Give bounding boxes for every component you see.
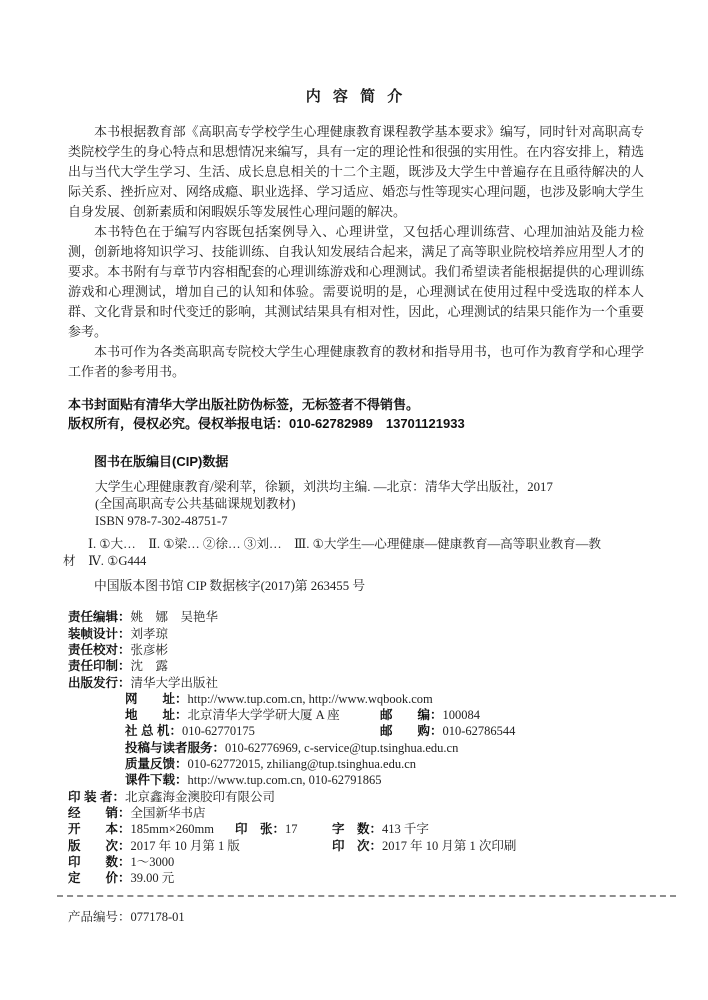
format-label: 开 本： [68,822,131,836]
sheets-label: 印 张： [235,822,285,836]
switchboard-label: 社 总 机： [125,724,182,738]
distributor-label: 经 销： [68,806,131,820]
publisher-row: 出版发行：清华大学出版社 [68,675,644,691]
web-label: 网 址： [125,692,188,706]
product-number-value: 077178-01 [131,910,185,924]
reader-service-row: 投稿与读者服务：010-62776969, c-service@tup.tsin… [68,740,644,756]
printer-row: 印 装 者：北京鑫海金澳胶印有限公司 [68,789,644,805]
quality-feedback-label: 质量反馈： [125,757,188,771]
word-count-label: 字 数： [332,822,382,836]
price-label: 定 价： [68,871,131,885]
printer-label: 印 装 者： [68,790,125,804]
reader-service-label: 投稿与读者服务： [125,741,225,755]
staff-row-proofreader: 责任校对：张彦彬 [68,642,644,658]
staff-label: 装帧设计： [68,627,131,641]
quality-feedback-row: 质量反馈：010-62772015, zhiliang@tup.tsinghua… [68,756,644,772]
publication-info-section: 责任编辑：姚 娜 吴艳华 装帧设计：刘孝琼 责任校对：张彦彬 责任印制：沈 露 … [68,609,644,886]
publisher-name: 清华大学出版社 [131,676,219,690]
page-content: 内 容 简 介 本书根据教育部《高职高专学校学生心理健康教育课程教学基本要求》编… [68,0,644,926]
specs-price-row: 定 价：39.00 元 [68,870,644,886]
distributor-row: 经 销：全国新华书店 [68,805,644,821]
product-number-row: 产品编号：077178-01 [68,909,644,926]
price-value: 39.00 元 [131,871,175,885]
print-run-value: 1～3000 [131,855,175,869]
cip-series: (全国高职高专公共基础课规划教材) [95,496,644,513]
staff-label: 责任校对： [68,643,131,657]
specs-format-row: 开 本：185mm×260mm印 张：17字 数：413 千字 [68,821,644,837]
postcode-pair: 邮 编：100084 [380,707,480,723]
publisher-label: 出版发行： [68,676,131,690]
cip-record: 大学生心理健康教育/梁利苹，徐颖，刘洪均主编. —北京：清华大学出版社，2017 [95,479,644,496]
staff-label: 责任编辑： [68,610,131,624]
book-copyright-page: 内 容 简 介 本书根据教育部《高职高专学校学生心理健康教育课程教学基本要求》编… [0,0,708,1000]
specs-print-run-row: 印 数：1～3000 [68,854,644,870]
impression-value: 2017 年 10 月第 1 次印刷 [382,839,516,853]
summary-paragraph-2: 本书特色在于编写内容既包括案例导入、心理讲堂，又包括心理训练营、心理加油站及能力… [68,222,644,342]
postcode-value: 100084 [443,708,481,722]
switchboard-value: 010-62770175 [182,724,255,738]
copyright-notice: 版权所有，侵权必究。侵权举报电话：010-62782989 1370112193… [68,414,644,433]
sheets-value: 17 [285,822,298,836]
staff-row-print-supervisor: 责任印制：沈 露 [68,658,644,674]
summary-section: 本书根据教育部《高职高专学校学生心理健康教育课程教学基本要求》编写，同时针对高职… [68,122,644,382]
cip-isbn: ISBN 978-7-302-48751-7 [95,513,644,530]
print-run-label: 印 数： [68,855,131,869]
courseware-value: http://www.tup.com.cn, 010-62791865 [188,773,382,787]
cip-section: 图书在版编目(CIP)数据 大学生心理健康教育/梁利苹，徐颖，刘洪均主编. —北… [68,453,644,595]
address-label: 地 址： [125,708,188,722]
publisher-switchboard-row: 社 总 机：010-62770175邮 购：010-62786544 [68,723,644,739]
notice-section: 本书封面贴有清华大学出版社防伪标签，无标签者不得销售。 版权所有，侵权必究。侵权… [68,395,644,433]
staff-value: 沈 露 [131,659,169,673]
impression-pair: 印 次：2017 年 10 月第 1 次印刷 [332,838,516,854]
mail-order-label: 邮 购： [380,724,443,738]
format-value: 185mm×260mm [131,822,214,836]
cip-record-block: 大学生心理健康教育/梁利苹，徐颖，刘洪均主编. —北京：清华大学出版社，2017… [95,479,644,529]
publisher-address-row: 地 址：北京清华大学学研大厦 A 座邮 编：100084 [68,707,644,723]
web-urls: http://www.tup.com.cn, http://www.wqbook… [188,692,433,706]
distributor-value: 全国新华书店 [131,806,206,820]
cip-registry-number: 中国版本图书馆 CIP 数据核字(2017)第 263455 号 [94,578,644,595]
cip-classification-line-1: Ⅰ. ①大… Ⅱ. ①梁… ②徐… ③刘… Ⅲ. ①大学生—心理健康—健康教育—… [63,536,644,553]
staff-value: 张彦彬 [131,643,169,657]
edition-value: 2017 年 10 月第 1 版 [131,839,240,853]
word-count-pair: 字 数：413 千字 [332,821,429,837]
courseware-label: 课件下载： [125,773,188,787]
staff-row-editor: 责任编辑：姚 娜 吴艳华 [68,609,644,625]
staff-label: 责任印制： [68,659,131,673]
staff-value: 姚 娜 吴艳华 [131,610,219,624]
impression-label: 印 次： [332,839,382,853]
quality-feedback-value: 010-62772015, zhiliang@tup.tsinghua.edu.… [188,757,417,771]
staff-row-designer: 装帧设计：刘孝琼 [68,626,644,642]
product-number-label: 产品编号： [68,910,131,924]
publisher-web-row: 网 址：http://www.tup.com.cn, http://www.wq… [68,691,644,707]
printer-value: 北京鑫海金澳胶印有限公司 [125,790,275,804]
specs-edition-row: 版 次：2017 年 10 月第 1 版印 次：2017 年 10 月第 1 次… [68,838,644,854]
postcode-label: 邮 编： [380,708,443,722]
sheets-pair: 印 张：17 [235,821,298,837]
cip-heading: 图书在版编目(CIP)数据 [94,453,644,470]
mail-order-value: 010-62786544 [443,724,516,738]
page-title: 内 容 简 介 [68,85,644,106]
word-count-value: 413 千字 [382,822,429,836]
cip-classification: Ⅰ. ①大… Ⅱ. ①梁… ②徐… ③刘… Ⅲ. ①大学生—心理健康—健康教育—… [63,536,644,570]
anti-counterfeit-notice: 本书封面贴有清华大学出版社防伪标签，无标签者不得销售。 [68,395,644,414]
edition-label: 版 次： [68,839,131,853]
dashed-divider [57,895,676,897]
courseware-download-row: 课件下载：http://www.tup.com.cn, 010-62791865 [68,772,644,788]
cip-classification-line-2: 材 Ⅳ. ①G444 [63,553,644,570]
address-value: 北京清华大学学研大厦 A 座 [188,708,340,722]
summary-paragraph-1: 本书根据教育部《高职高专学校学生心理健康教育课程教学基本要求》编写，同时针对高职… [68,122,644,222]
mail-order-pair: 邮 购：010-62786544 [380,723,515,739]
staff-value: 刘孝琼 [131,627,169,641]
summary-paragraph-3: 本书可作为各类高职高专院校大学生心理健康教育的教材和指导用书，也可作为教育学和心… [68,342,644,382]
reader-service-value: 010-62776969, c-service@tup.tsinghua.edu… [225,741,458,755]
